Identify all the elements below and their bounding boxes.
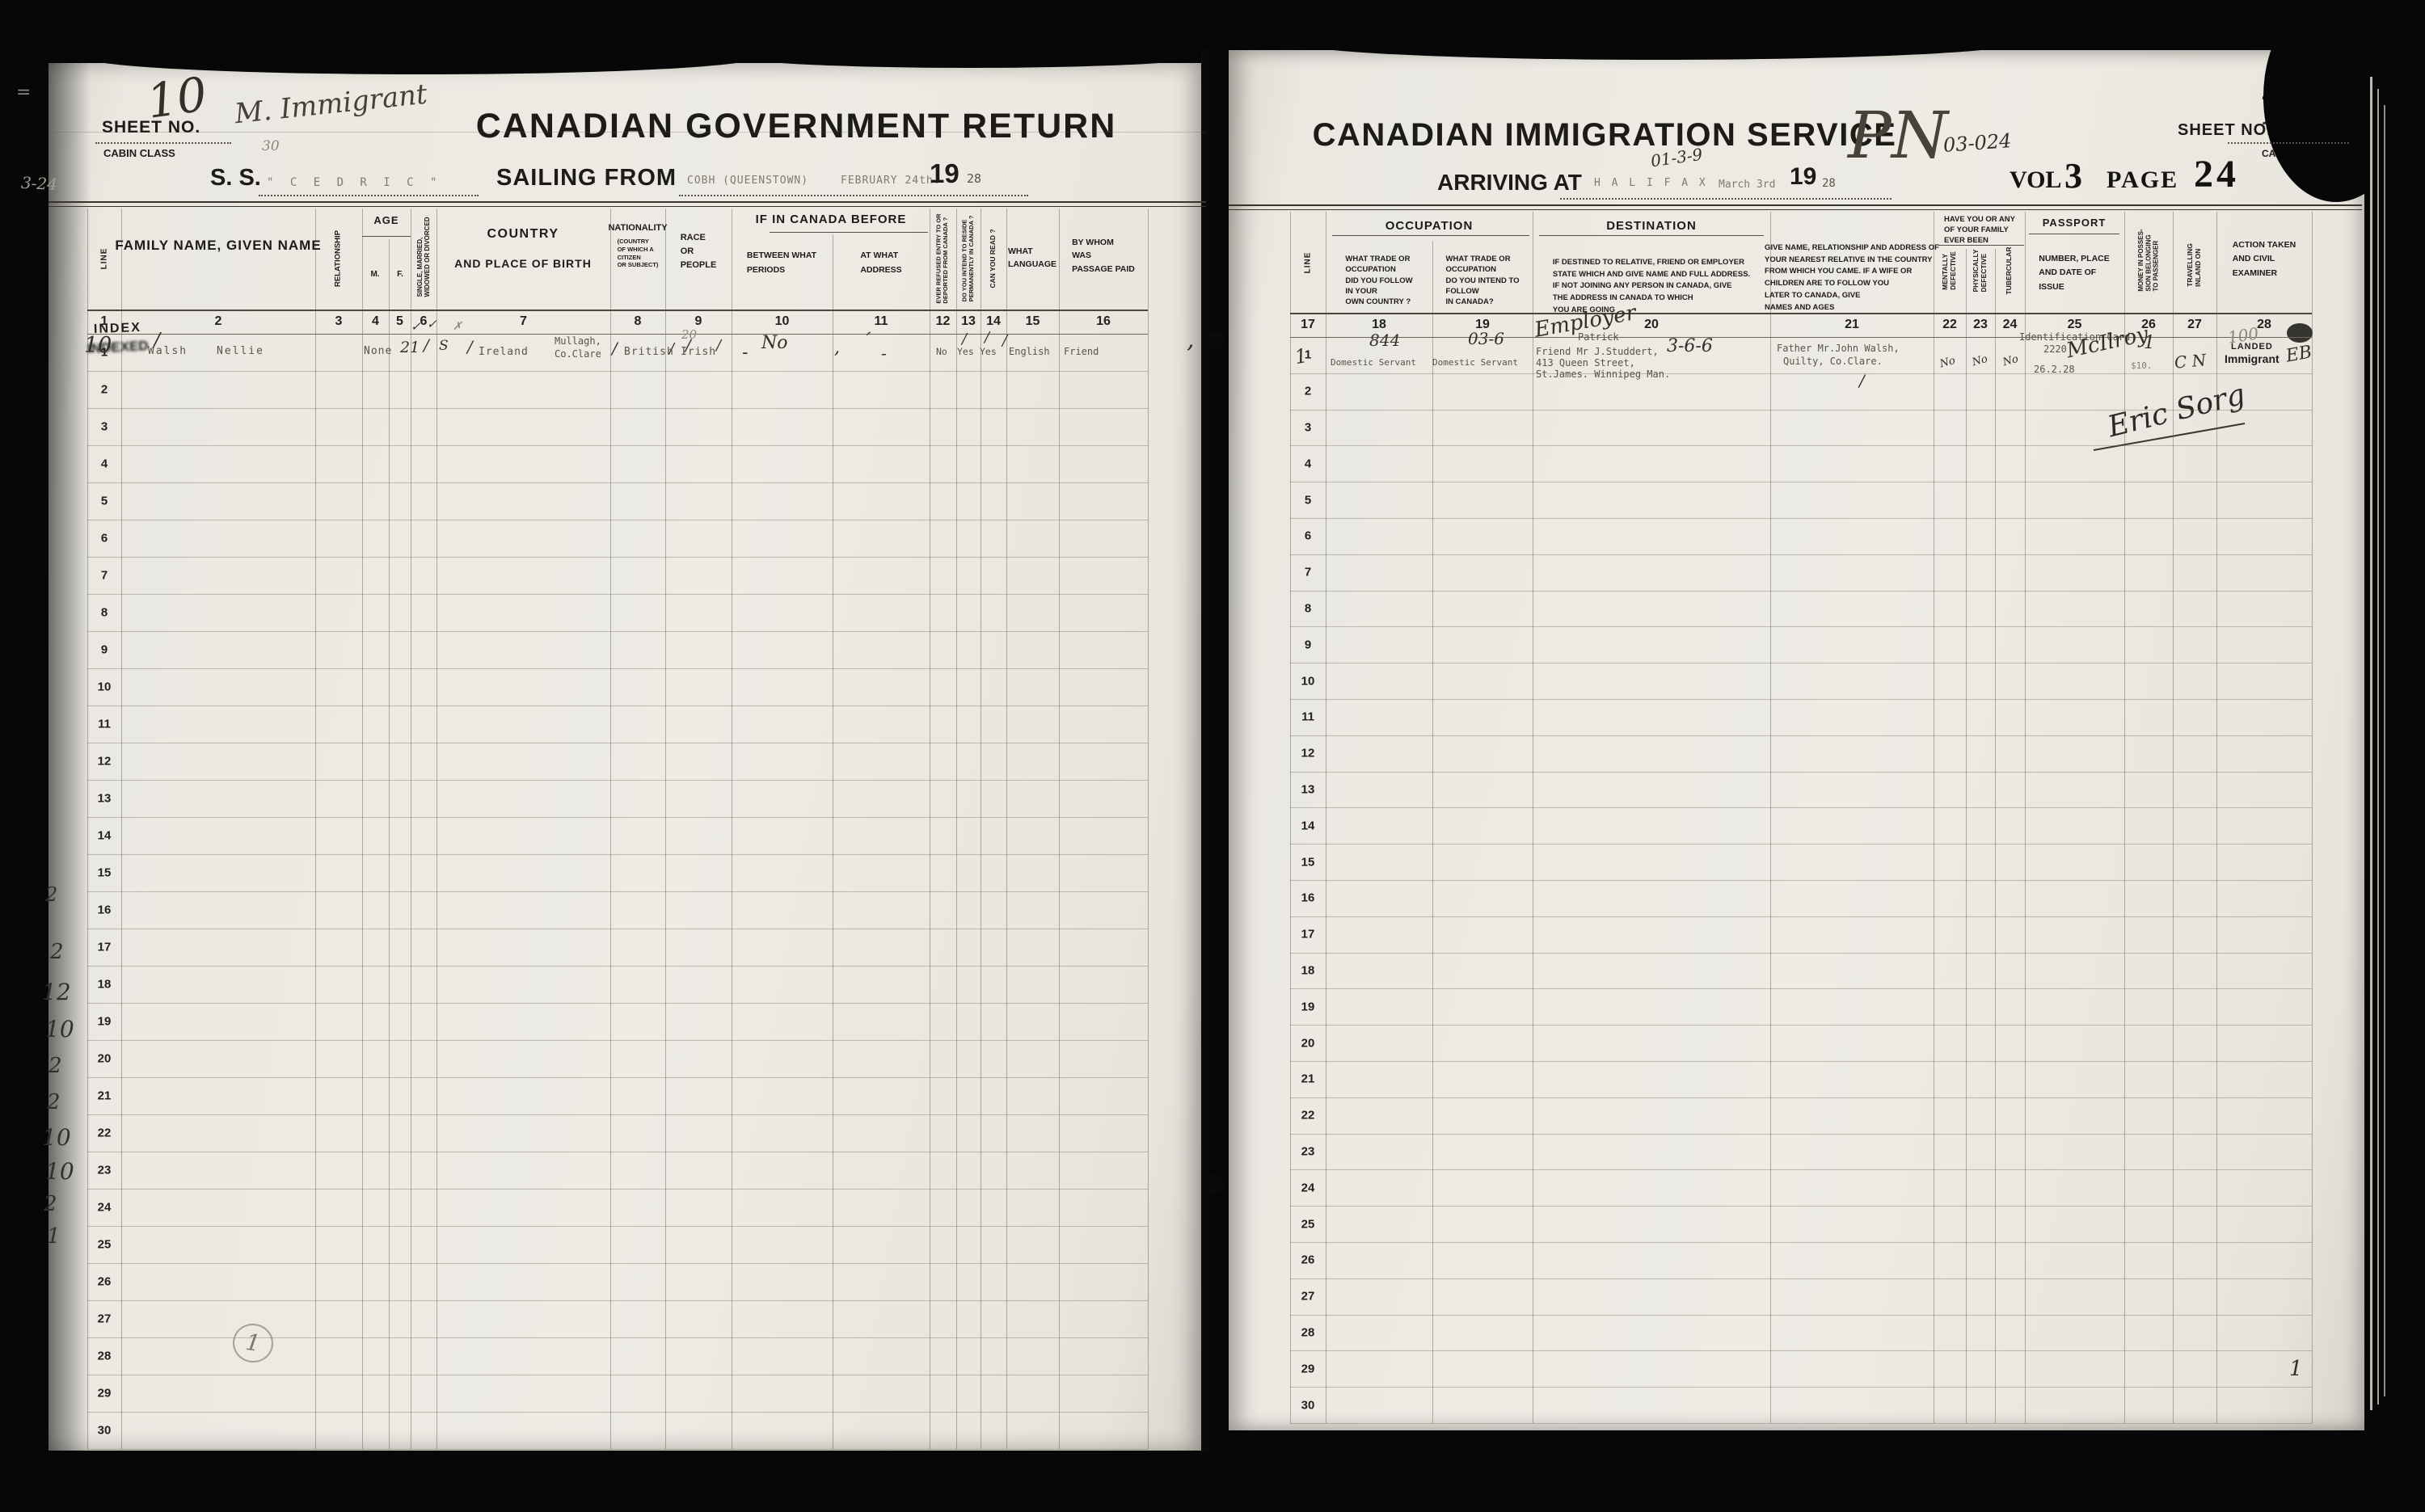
table-row-line [87,1077,1148,1078]
hw-tick: / [612,339,618,358]
cell-passport: 2220 [2043,344,2067,356]
col-header-passport-group: PASSPORT [2043,217,2107,230]
table-row-line [87,1300,1148,1301]
col-header-nearest-relative: GIVE NAME, RELATIONSHIP AND ADDRESS OF Y… [1765,242,1939,314]
line-number: 13 [1301,783,1315,797]
table-row-line [87,371,1148,372]
table-row-line [87,854,1148,855]
line-number: 15 [98,866,112,880]
line-number: 25 [98,1238,112,1252]
table-row-line [1290,1387,2312,1388]
col-header-refused: EVER REFUSED ENTRY TO OR DEPORTED FROM C… [935,213,949,303]
table-grid-vline [833,234,833,1449]
line-number: 20 [1301,1036,1315,1050]
hw-mark: , [834,338,840,358]
cell-language: English [1009,347,1050,358]
line-number: 25 [1301,1217,1315,1231]
cell-birth-place: Mullagh, [555,336,601,347]
table-row-line [1290,916,2312,917]
column-number: 28 [2257,318,2271,332]
hw-margin-number: 2 [47,1091,61,1115]
line-number: 23 [98,1164,112,1177]
ink-blob [2287,323,2313,343]
line-number: 4 [1305,457,1311,470]
rule-line [48,206,1206,207]
line-number: 17 [1301,928,1315,941]
line-number: 19 [98,1015,112,1029]
column-number: 2 [215,314,222,329]
punch-hole [1205,1174,1225,1194]
col-header-age-group: AGE [373,215,399,227]
hw-tick: / [985,330,989,347]
cell-nearest-relative: Quilty, Co.Clare. [1783,356,1883,368]
cell-nearest-relative: Father Mr.John Walsh, [1777,343,1900,355]
cell-given-name: Nellie [217,346,264,358]
page-edge [2384,105,2385,1396]
line-number: 30 [1301,1398,1315,1412]
line-number: 8 [101,606,108,620]
line-number: 26 [1301,1253,1315,1267]
col-header-passage-paid: BY WHOM WAS PASSAGE PAID [1072,236,1135,276]
table-row-line [1290,699,2312,700]
hw-check: ✓ [427,318,437,331]
table-row-line [87,1226,1148,1227]
table-row-line [87,1040,1148,1041]
table-row-line [87,891,1148,892]
line-number: 22 [98,1127,112,1140]
cell-destination: 413 Queen Street, [1536,358,1635,369]
table-row-line [1290,1061,2312,1062]
table-row-line [87,1449,1148,1450]
rule-line [2228,142,2349,144]
table-row-line [87,445,1148,446]
table-row-line [1290,1278,2312,1279]
table-grid-hline [87,310,1148,311]
table-row-line [87,1375,1148,1375]
table-grid-vline [1966,249,1967,1423]
cell-relationship: None [364,346,392,358]
cell-money: $10. [2131,361,2153,372]
sheet-no-label: SHEET NO. [2178,121,2272,140]
table-row-line [1290,988,2312,989]
hw-file-number: 03-024 [1942,130,2012,157]
col-header-race: RACE OR PEOPLE [681,231,717,272]
column-number: 17 [1301,318,1315,332]
cell-destination: St.James. Winnipeg Man. [1536,369,1670,381]
cell-passport: 26.2.28 [2034,364,2075,376]
hw-mark: ´ [862,331,871,352]
cell-refused: No [936,347,947,357]
line-number: 7 [1305,566,1311,579]
line-number: 23 [1301,1145,1315,1159]
hw-mark: 1 [2144,333,2155,353]
hw-margin-number: 1 [47,1225,61,1249]
line-number: 18 [98,978,112,992]
table-row-line [1290,1242,2312,1243]
ship-name: " C E D R I C " [267,176,441,189]
table-row-line [1290,591,2312,592]
rule-line [770,232,928,233]
hw-note-small: 30 [262,139,280,155]
column-number: 21 [1845,318,1859,332]
line-number: 6 [1305,529,1311,543]
rule-line [1560,198,1891,200]
cell-family-name: Walsh [148,346,188,358]
table-row-line [1290,772,2312,773]
hw-code: 3-6-6 [1667,336,1713,356]
column-number: 24 [2003,318,2018,332]
cell-age: 21 [400,339,420,357]
table-row-line [1290,518,2312,519]
line-number: 3 [101,420,108,434]
line-number: 24 [1301,1181,1315,1194]
punch-hole [1205,331,1225,351]
hw-tick: / [962,331,967,348]
col-header-reside: DO YOU INTEND TO RESIDE PERMANENTLY IN C… [961,216,975,302]
table-grid-vline [1995,249,1996,1423]
line-number: 4 [101,457,108,471]
table-row-line [87,1189,1148,1190]
line-number: 30 [98,1424,112,1438]
hw-tick: / [669,341,674,358]
line-number: 14 [98,829,112,843]
table-row-line [1290,880,2312,881]
cell-birth-place: Co.Clare [555,349,601,360]
col-header-destination-detail: IF DESTINED TO RELATIVE, FRIEND OR EMPLO… [1553,257,1750,317]
line-number: 12 [1301,747,1315,760]
table-grid-vline [2312,212,2313,1423]
column-number: 15 [1026,314,1040,329]
page-title-left: CANADIAN GOVERNMENT RETURN [476,107,1117,146]
column-number: 7 [520,314,527,329]
table-row-line [1290,953,2312,954]
line-number: 10 [1301,674,1315,688]
cell-read: Yes [980,347,997,357]
line-number: 12 [98,755,112,769]
hw-tick: / [716,338,721,355]
line-number: 11 [1301,710,1314,724]
col-header-read: CAN YOU READ ? [989,229,997,288]
gutter-line [1201,50,1208,1451]
table-row-line [1290,663,2312,663]
table-grid-hline [1290,337,2312,338]
line-number: 28 [98,1350,112,1363]
hw-dash: - [881,344,887,363]
scanned-ledger-spread: SHEET NO. 10 CABIN CLASS M. Immigrant 30… [0,0,2425,1512]
bottom-right-mark: 1 [2289,1358,2303,1382]
year-printed: 19 [930,158,959,189]
rule-line [1229,209,2362,210]
table-row-line [1290,735,2312,736]
line-number: 11 [98,718,111,731]
column-number: 14 [986,314,1001,329]
table-row-line [87,408,1148,409]
cell-destination: Friend Mr J.Studdert, [1536,347,1659,358]
arriving-at-label: ARRIVING AT [1437,170,1582,196]
hw-tick: / [467,338,473,356]
column-number: 25 [2068,318,2082,332]
column-number: 4 [372,314,379,329]
table-row-line [1290,1169,2312,1170]
table-row-line [1290,844,2312,844]
col-header-country: COUNTRY [487,227,559,242]
hw-margin-number: 10 [42,1125,71,1151]
table-row-line [87,1263,1148,1264]
hw-check: ✓ [411,320,421,334]
page-title-right: CANADIAN IMMIGRATION SERVICE [1313,116,1897,154]
year-printed: 19 [1790,163,1816,192]
arrival-port: H A L I F A X [1594,178,1708,190]
table-row-line [87,482,1148,483]
table-row-line [87,780,1148,781]
cell-destination: Patrick [1578,332,1619,343]
col-header-age-f: F. [397,270,403,280]
line-number: 17 [98,941,112,954]
page-value: 24 [2194,152,2239,196]
col-header-passport-detail: NUMBER, PLACE AND DATE OF ISSUE [2039,252,2110,294]
cell-birth-country: Ireland [479,347,529,359]
line-number: 27 [1301,1290,1315,1304]
line-number: 24 [98,1201,112,1215]
col-header-age-m: M. [370,270,379,280]
table-row-line [87,929,1148,929]
hw-margin-count: 10 [84,333,112,358]
sailing-port: COBH (QUEENSTOWN) [687,175,808,187]
col-header-relationship: RELATIONSHIP [335,230,344,287]
col-header-line: LINE [99,248,109,270]
hw-code: 03-6 [1468,330,1504,348]
cell-trade-own-country: Domestic Servant [1331,358,1416,369]
line-number: 7 [101,569,108,583]
hw-margin-number: 10 [45,1017,74,1042]
col-header-address: AT WHAT ADDRESS [860,249,901,278]
rule-line [1539,235,1764,236]
sailing-from-label: SAILING FROM [496,165,677,192]
page-edge [2377,89,2379,1405]
col-header-nationality: NATIONALITY [608,223,667,234]
line-number: 9 [1305,638,1311,651]
col-header-birthplace: AND PLACE OF BIRTH [454,257,592,270]
col-header-marital: SINGLE, MARRIED, WIDOWED OR DIVORCED [416,217,431,297]
line-number: 15 [1301,855,1315,869]
line-number: 21 [98,1089,112,1103]
table-row-line [87,705,1148,706]
column-number: 3 [335,314,343,329]
column-number: 5 [396,314,403,329]
table-row-line [87,594,1148,595]
cell-race: Irish [681,347,716,359]
page-left [48,63,1208,1451]
table-row-line [1290,410,2312,411]
hw-margin-number: 2 [45,884,57,907]
col-header-language: WHAT LANGUAGE [1008,245,1056,272]
line-number: 26 [98,1275,112,1289]
line-number: 21 [1301,1072,1315,1086]
line-number: 29 [1301,1362,1315,1375]
year-typed: 28 [967,172,981,186]
line-number: 9 [101,643,108,657]
page-edge [2370,77,2372,1410]
table-row-line [1290,807,2312,808]
table-grid-vline [1148,208,1149,1449]
rule-line [48,201,1206,203]
ss-label: S. S. [210,165,261,192]
column-number: 12 [936,314,951,329]
table-row-line [1290,1423,2312,1424]
line-number: 20 [98,1052,112,1066]
cell-travelling-inland: C N [2174,351,2207,372]
column-number: 10 [775,314,790,329]
arrival-date: March 3rd [1719,179,1775,192]
cell-canada-before: No [761,333,788,353]
hw-tick: / [1859,372,1865,390]
rule-line [2029,234,2119,234]
rule-line [95,142,231,144]
line-number: 3 [1305,421,1311,435]
table-row-line [87,1114,1148,1115]
table-row-line [1290,482,2312,482]
line-number: 2 [101,383,108,397]
hw-mark: 20 [681,328,697,342]
table-row-line [1290,1097,2312,1098]
column-number: 8 [635,314,642,329]
rule-line [362,236,411,237]
cell-trade-canada: Domestic Servant [1432,358,1518,369]
col-header-tubercular: TUBERCULAR [2005,246,2014,294]
col-header-family-name: FAMILY NAME, GIVEN NAME [115,238,321,254]
hw-dash: - [742,343,748,363]
line-number: 5 [101,495,108,508]
scan-tear [727,42,1212,68]
line-number: 28 [1301,1326,1315,1340]
hw-code: 844 [1369,331,1400,350]
scan-tear [1293,24,2021,60]
table-row-line [1290,373,2312,374]
cell-nationality: British [624,347,674,359]
table-row-line [87,743,1148,743]
line-number: 19 [1301,1000,1315,1013]
hw-margin-number: 12 [42,979,71,1005]
cell-passage-paid: Friend [1064,347,1099,358]
vol-label: VOL [2010,166,2061,194]
col-header-family-ever-group: HAVE YOU OR ANY OF YOUR FAMILY EVER BEEN [1944,215,2015,246]
line-number: 6 [101,532,108,545]
line-number: 29 [98,1387,112,1400]
rule-line [259,195,479,196]
ink-mark: , [1187,326,1195,355]
line-number: 2 [1305,385,1311,398]
col-header-canada-before-group: IF IN CANADA BEFORE [756,213,907,226]
table-row-line [87,817,1148,818]
col-header-nationality-sub: (COUNTRY OF WHICH A CITIZEN OR SUBJECT) [618,238,659,269]
edge-mark: = [16,82,31,103]
table-row-line [1290,1134,2312,1135]
landed-stamp: LANDED [2231,342,2273,352]
column-number: 27 [2187,318,2202,332]
scan-tear [2263,0,2409,202]
line-number: 14 [1301,819,1315,832]
col-header-occupation-group: OCCUPATION [1385,219,1474,233]
table-row-line [87,966,1148,967]
line-number: 22 [1301,1109,1315,1122]
sheet-no-value: 10 [144,67,210,128]
table-grid-vline [389,239,390,1449]
table-row-line [1290,554,2312,555]
table-row-line [87,1412,1148,1413]
table-row-line [87,668,1148,669]
line-number: 16 [98,903,112,917]
table-row-line [87,557,1148,558]
rule-line [1229,204,2362,206]
line-number: 10 [98,680,112,694]
table-row-line [1290,1025,2312,1026]
line-number: 8 [1305,602,1311,616]
col-header-periods: BETWEEN WHAT PERIODS [747,249,816,278]
line-number: 27 [98,1312,112,1326]
hw-margin-number: 2 [44,1193,57,1217]
table-row-line [1290,1206,2312,1207]
hw-tick: / [424,336,429,355]
rule-line [679,195,1028,196]
table-row-line [87,631,1148,632]
table-row-line [87,1003,1148,1004]
table-grid-vline [1432,241,1433,1423]
column-number: 23 [1973,318,1988,332]
line-number: 18 [1301,964,1315,978]
col-header-mentally: MENTALLY DEFECTIVE [1942,251,1958,290]
landed-stamp: Immigrant [2225,352,2279,365]
hw-tick: / [1002,333,1007,350]
rule-line [1332,235,1529,236]
page-label: PAGE [2107,166,2178,194]
table-row-line [87,520,1148,520]
hw-margin-number: 10 [45,1159,74,1185]
col-header-travelling: TRAVELLING INLAND ON [2187,243,2203,287]
table-row-line [1290,1350,2312,1351]
hw-mark: ✗ [453,320,462,333]
col-header-line-right: LINE [1303,252,1313,274]
table-row-line [1290,1315,2312,1316]
column-number: 22 [1942,318,1957,332]
col-header-physically: PHYSICALLY DEFECTIVE [1972,249,1988,292]
line-number: 16 [1301,891,1315,905]
col-header-trade-canada: WHAT TRADE OR OCCUPATION DO YOU INTEND T… [1446,254,1520,307]
table-row-line [1290,445,2312,446]
column-number: 20 [1644,318,1659,332]
column-number: 13 [961,314,976,329]
line-number: 5 [1305,493,1311,507]
table-row-line [87,1152,1148,1152]
column-number: 16 [1096,314,1111,329]
table-row-line [1290,626,2312,627]
sailing-date: FEBRUARY 24th. [841,175,941,187]
column-number: 11 [875,314,888,329]
cell-reside: Yes [957,347,974,357]
hw-margin-number: 2 [50,941,64,965]
cabin-class-label: CABIN CLASS [103,148,175,160]
edge-note: 3-24 [20,174,57,194]
col-header-action: ACTION TAKEN AND CIVIL EXAMINER [2233,238,2296,280]
hw-monogram: PN [1848,99,1948,173]
hw-margin-number: 2 [48,1055,62,1079]
year-typed: 28 [1822,177,1836,190]
scan-tear [81,39,760,74]
col-header-money: MONEY IN POSSES- SION BELONGING TO PASSE… [2137,229,2160,291]
rule-line [48,132,1206,133]
vol-value: 3 [2064,155,2082,196]
col-header-trade-own-country: WHAT TRADE OR OCCUPATION DID YOU FOLLOW … [1345,254,1412,307]
line-number: 13 [98,792,112,806]
